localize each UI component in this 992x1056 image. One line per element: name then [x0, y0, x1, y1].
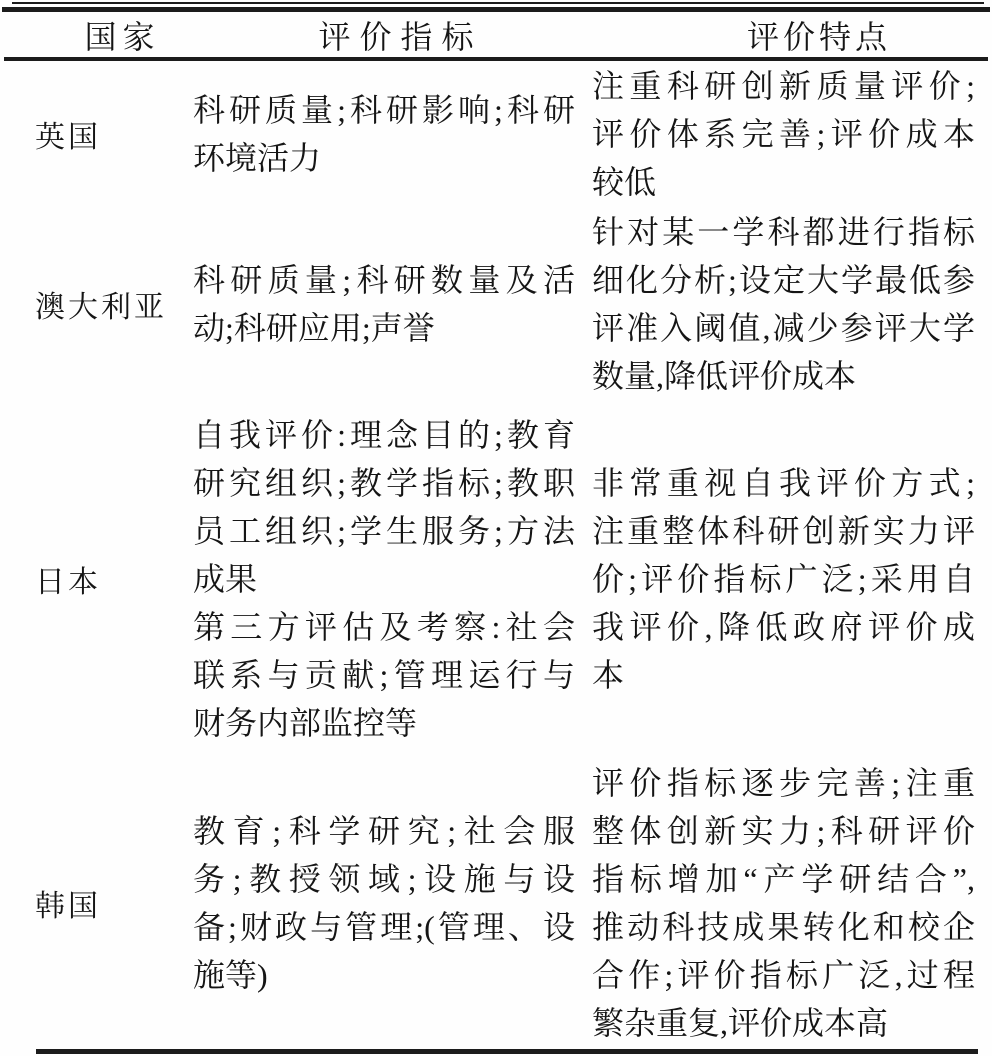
- table-row: 日本 自我评价:理念目的;教育研究组织;教学指标;教职员工组织;学生服务;方法成…: [0, 401, 992, 757]
- cell-line: 价;评价指标广泛;采用自: [592, 555, 975, 603]
- cell-line: 评准入阈值,减少参评大学: [592, 304, 975, 352]
- cell-line: 整体创新实力;科研评价: [592, 807, 975, 855]
- header-features: 评价特点: [580, 12, 992, 58]
- country-label: 日本: [35, 557, 185, 601]
- cell-line: 注重科研创新质量评价;: [592, 62, 975, 110]
- cell-line: 非常重视自我评价方式;: [592, 459, 975, 507]
- features-cell: 针对某一学科都进行指标细化分析;设定大学最低参评准入阈值,减少参评大学数量,降低…: [580, 207, 992, 401]
- cell-line: 针对某一学科都进行指标: [592, 208, 975, 256]
- cell-line: 推动科技成果转化和校企: [592, 903, 975, 951]
- country-label: 韩国: [35, 881, 185, 925]
- country-cell: 英国: [0, 61, 185, 207]
- features-cell: 评价指标逐步完善;注重整体创新实力;科研评价指标增加“产学研结合”,推动科技成果…: [580, 757, 992, 1049]
- cell-line: 较低: [592, 158, 975, 206]
- cell-line: 教育;科学研究;社会服: [193, 807, 575, 855]
- features-cell: 非常重视自我评价方式;注重整体科研创新实力评价;评价指标广泛;采用自我评价,降低…: [580, 401, 992, 757]
- cell-line: 联系与贡献;管理运行与: [193, 651, 575, 699]
- indicators-cell: 科研质量;科研影响;科研环境活力: [185, 61, 580, 207]
- table-row: 英国 科研质量;科研影响;科研环境活力 注重科研创新质量评价;评价体系完善;评价…: [0, 61, 992, 207]
- features-cell: 注重科研创新质量评价;评价体系完善;评价成本较低: [580, 61, 992, 207]
- cell-line: 数量,降低评价成本: [592, 352, 975, 400]
- cell-line: 科研质量;科研数量及活: [193, 256, 575, 304]
- cell-line: 员工组织;学生服务;方法: [193, 507, 575, 555]
- indicators-cell: 科研质量;科研数量及活动;科研应用;声誉: [185, 207, 580, 401]
- table-row: 澳大利亚 科研质量;科研数量及活动;科研应用;声誉 针对某一学科都进行指标细化分…: [0, 207, 992, 401]
- cell-line: 科研质量;科研影响;科研: [193, 86, 575, 134]
- cell-line: 自我评价:理念目的;教育: [193, 411, 575, 459]
- cell-line: 注重整体科研创新实力评: [592, 507, 975, 555]
- cell-line: 财务内部监控等: [193, 699, 575, 747]
- cell-line: 繁杂重复,评价成本高: [592, 999, 975, 1047]
- country-cell: 日本: [0, 401, 185, 757]
- header-country: 国家: [0, 12, 185, 58]
- table-top-border-thin: [12, 2, 984, 4]
- cell-line: 指标增加“产学研结合”,: [592, 855, 975, 903]
- cell-line: 合作;评价指标广泛,过程: [592, 951, 975, 999]
- table-header-row: 国家 评价指标 评价特点: [0, 12, 992, 57]
- cell-line: 评价体系完善;评价成本: [592, 110, 975, 158]
- country-cell: 澳大利亚: [0, 207, 185, 401]
- cell-line: 细化分析;设定大学最低参: [592, 256, 975, 304]
- table-body: 英国 科研质量;科研影响;科研环境活力 注重科研创新质量评价;评价体系完善;评价…: [0, 61, 992, 1049]
- cell-line: 务;教授领域;设施与设: [193, 855, 575, 903]
- country-cell: 韩国: [0, 757, 185, 1049]
- cell-line: 评价指标逐步完善;注重: [592, 759, 975, 807]
- cell-line: 环境活力: [193, 134, 575, 182]
- cell-line: 备;财政与管理;(管理、设: [193, 903, 575, 951]
- cell-line: 本: [592, 651, 975, 699]
- indicators-cell: 自我评价:理念目的;教育研究组织;教学指标;教职员工组织;学生服务;方法成果第三…: [185, 401, 580, 757]
- header-indicators: 评价指标: [185, 12, 580, 58]
- cell-line: 动;科研应用;声誉: [193, 304, 575, 352]
- country-label: 澳大利亚: [35, 282, 185, 326]
- cell-line: 研究组织;教学指标;教职: [193, 459, 575, 507]
- cell-line: 我评价,降低政府评价成: [592, 603, 975, 651]
- cell-line: 第三方评估及考察:社会: [193, 603, 575, 651]
- scanned-table-page: 国家 评价指标 评价特点 英国 科研质量;科研影响;科研环境活力 注重科研创新质…: [0, 0, 992, 1056]
- table-row: 韩国 教育;科学研究;社会服务;教授领域;设施与设备;财政与管理;(管理、设施等…: [0, 757, 992, 1049]
- cell-line: 成果: [193, 555, 575, 603]
- indicators-cell: 教育;科学研究;社会服务;教授领域;设施与设备;财政与管理;(管理、设施等): [185, 757, 580, 1049]
- country-label: 英国: [35, 112, 185, 156]
- cell-line: 施等): [193, 951, 575, 999]
- table-bottom-border: [36, 1049, 978, 1054]
